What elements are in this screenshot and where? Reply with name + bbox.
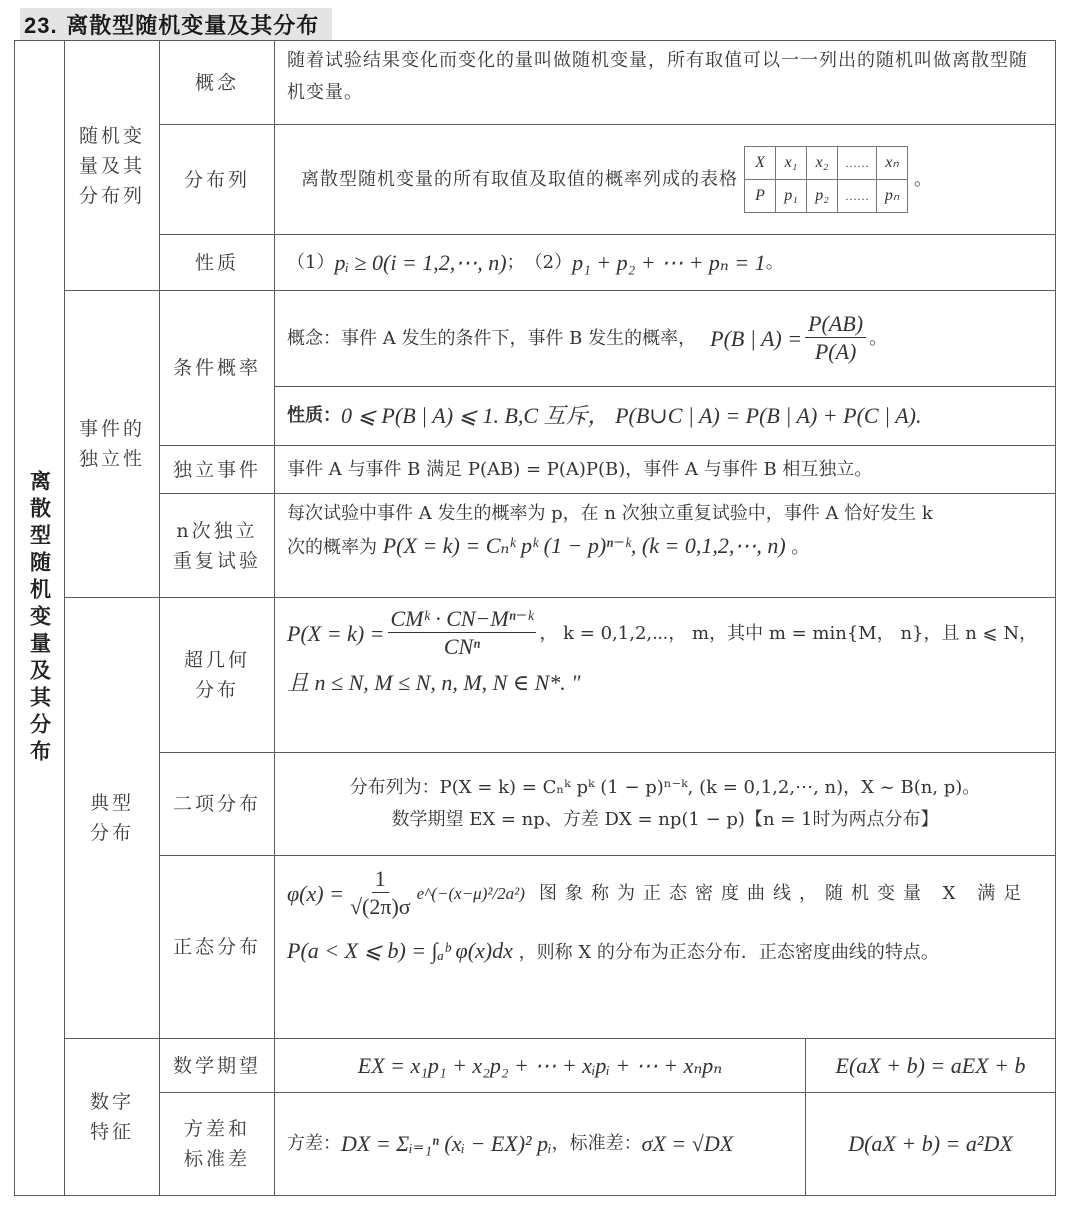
content-text: ，则称 X 的分布为正态分布．正态密度曲线的特点。 — [519, 942, 939, 963]
topic-concept: 概念 — [159, 40, 275, 125]
content-line: P(a < X ⩽ b) = ∫ₐᵇ φ(x)dx ，则称 X 的分布为正态分布… — [287, 935, 1029, 969]
topic-label: 正态分布 — [173, 932, 261, 962]
section-name-line: 数字 — [90, 1087, 134, 1117]
topic-label: 独立事件 — [173, 455, 261, 485]
formula: p₁ + p₂ + ⋯ + pₙ = 1 — [572, 247, 766, 279]
topic-conditional-probability: 条件概率 — [159, 290, 275, 446]
content-line: P(X = k) = CMᵏ · CN−Mⁿ⁻ᵏ CNⁿ ， k = 0,1,2… — [287, 606, 1037, 661]
topic-label-line: n次独立 — [173, 516, 261, 546]
topic-properties: 性质 — [159, 234, 275, 291]
content-expectation-linear: E(aX + b) = aEX + b — [805, 1038, 1056, 1093]
content-line: 数学期望 EX = np、方差 DX = np(1 − p)【n = 1时为两点… — [350, 804, 981, 836]
dist-cell: x₂ — [807, 147, 838, 180]
content-line: 每次试验中事件 A 发生的概率为 p，在 n 次独立重复试验中，事件 A 恰好发… — [287, 498, 933, 530]
page-title: 23. 离散型随机变量及其分布 — [24, 9, 319, 40]
content-expectation: EX = x₁p₁ + x₂p₂ + ⋯ + xᵢpᵢ + ⋯ + xₙpₙ — [274, 1038, 806, 1093]
dist-cell: …… — [838, 180, 877, 213]
topic-expectation: 数学期望 — [159, 1038, 275, 1093]
dist-cell: P — [745, 180, 776, 213]
topic-binomial: 二项分布 — [159, 752, 275, 856]
formula: σX = √DX — [642, 1128, 734, 1160]
topic-label-line: 方差和 — [184, 1114, 250, 1144]
distribution-table: X x₁ x₂ …… xₙ P p₁ p₂ …… pₙ — [744, 146, 908, 213]
content-normal: φ(x) = 1 √(2π)σ e^(−(x−μ)²/2a²) 图象称为正态密度… — [274, 855, 1056, 1039]
content-conditional-property: 性质： 0 ⩽ P(B | A) ⩽ 1. B,C 互斥， P(B∪C | A)… — [274, 386, 1056, 446]
section-name-line: 事件的 — [79, 414, 145, 444]
formula: P(B | A) = — [710, 323, 802, 355]
topic-label: 概念 — [195, 68, 239, 98]
denominator: P(A) — [812, 338, 860, 366]
numerator: 1 — [372, 866, 389, 893]
punctuation: 。 — [869, 323, 887, 355]
section-name-line: 典型 — [90, 788, 134, 818]
content-line: 分布列为：P(X = k) = Cₙᵏ pᵏ (1 − p)ⁿ⁻ᵏ, (k = … — [350, 772, 981, 804]
dist-cell: pₙ — [877, 180, 908, 213]
section-typical-distributions: 典型 分布 — [64, 597, 160, 1039]
formula: P(X = k) = Cₙᵏ pᵏ (1 − p)ⁿ⁻ᵏ, (k = 0,1,2… — [383, 533, 786, 558]
item-label: （1） — [287, 247, 334, 279]
content-distribution-list: 离散型随机变量的所有取值及取值的概率列成的表格 X x₁ x₂ …… xₙ P … — [274, 124, 1056, 235]
main-category-label: 离散型随机变量及其分布 — [25, 470, 55, 767]
formula: 0 ⩽ P(B | A) ⩽ 1. B,C 互斥， P(B∪C | A) = P… — [341, 400, 922, 432]
content-text: 概念：事件 A 发生的条件下，事件 B 发生的概率， — [287, 323, 696, 355]
content-independent-events: 事件 A 与事件 B 满足 P(AB) = P(A)P(B)，事件 A 与事件 … — [274, 445, 1056, 494]
dist-cell: x₁ — [776, 147, 807, 180]
topic-distribution-list: 分布列 — [159, 124, 275, 235]
distribution-table-row-x: X x₁ x₂ …… xₙ — [745, 147, 908, 180]
content-text: ， k = 0,1,2,⋯， m，其中 m = min{M， n}，且 n ⩽ … — [539, 618, 1037, 650]
denominator: √(2π)σ — [347, 893, 414, 921]
property-label: 性质： — [287, 400, 341, 432]
topic-label: 数学期望 — [173, 1051, 261, 1081]
section-numeric-features: 数字 特征 — [64, 1038, 160, 1196]
section-independence: 事件的 独立性 — [64, 290, 160, 598]
content-text: 图象称为正态密度曲线，随机变量 X 满足 — [539, 878, 1029, 910]
item-label: （2） — [525, 247, 572, 279]
formula: DX = Σᵢ₌₁ⁿ (xᵢ − EX)² pᵢ — [341, 1128, 552, 1160]
topic-label: 性质 — [195, 248, 239, 278]
formula: P(X = k) = — [287, 618, 385, 650]
topic-label: 分布列 — [184, 165, 250, 195]
dist-cell: X — [745, 147, 776, 180]
content-line: 且 n ≤ N, M ≤ N, n, M, N ∈ N*. " — [287, 667, 1037, 699]
section-name-line: 分布列 — [79, 181, 145, 211]
content-conditional-concept: 概念：事件 A 发生的条件下，事件 B 发生的概率， P(B | A) = P(… — [274, 290, 1056, 387]
content-text: 。 — [914, 164, 932, 196]
section-name-line: 特征 — [90, 1117, 134, 1147]
topic-label: 条件概率 — [173, 353, 261, 383]
content-concept: 随着试验结果变化而变化的量叫做随机变量，所有取值可以一一列出的随机叫做离散型随机… — [274, 40, 1056, 125]
separator: ； — [507, 247, 525, 279]
topic-independent-events: 独立事件 — [159, 445, 275, 494]
section-name-line: 分布 — [90, 818, 134, 848]
formula: D(aX + b) = a²DX — [848, 1128, 1013, 1160]
content-variance-linear: D(aX + b) = a²DX — [805, 1092, 1056, 1196]
formula: EX = x₁p₁ + x₂p₂ + ⋯ + xᵢpᵢ + ⋯ + xₙpₙ — [358, 1050, 722, 1082]
dist-cell: xₙ — [877, 147, 908, 180]
topic-label-line: 重复试验 — [173, 546, 261, 576]
topic-label: 二项分布 — [173, 789, 261, 819]
dist-cell: p₂ — [807, 180, 838, 213]
topic-normal: 正态分布 — [159, 855, 275, 1039]
section-name-line: 随机变 — [79, 121, 145, 151]
fraction: P(AB) P(A) — [805, 311, 866, 366]
content-text: ，标准差： — [552, 1128, 642, 1160]
content-line: 次的概率为 P(X = k) = Cₙᵏ pᵏ (1 − p)ⁿ⁻ᵏ, (k =… — [287, 530, 933, 564]
content-text: 事件 A 与事件 B 满足 P(AB) = P(A)P(B)，事件 A 与事件 … — [287, 454, 872, 486]
content-line: φ(x) = 1 √(2π)σ e^(−(x−μ)²/2a²) 图象称为正态密度… — [287, 866, 1029, 921]
content-text: 随着试验结果变化而变化的量叫做随机变量，所有取值可以一一列出的随机叫做离散型随机… — [287, 45, 1043, 109]
content-text: 方差： — [287, 1128, 341, 1160]
denominator: CNⁿ — [441, 633, 483, 661]
content-text: 离散型随机变量的所有取值及取值的概率列成的表格 — [301, 164, 738, 196]
fraction: 1 √(2π)σ — [347, 866, 414, 921]
section-name-line: 独立性 — [79, 444, 145, 474]
main-category-cell: 离散型随机变量及其分布 — [14, 40, 65, 1196]
numerator: P(AB) — [805, 311, 866, 338]
content-bernoulli: 每次试验中事件 A 发生的概率为 p，在 n 次独立重复试验中，事件 A 恰好发… — [274, 493, 1056, 598]
fraction: CMᵏ · CN−Mⁿ⁻ᵏ CNⁿ — [388, 606, 537, 661]
section-name-line: 量及其 — [79, 151, 145, 181]
numerator: CMᵏ · CN−Mⁿ⁻ᵏ — [388, 606, 537, 633]
dist-cell: …… — [838, 147, 877, 180]
content-properties: （1） pᵢ ≥ 0(i = 1,2,⋯, n) ； （2） p₁ + p₂ +… — [274, 234, 1056, 291]
section-title: 离散型随机变量及其分布 — [66, 14, 319, 39]
distribution-table-row-p: P p₁ p₂ …… pₙ — [745, 180, 908, 213]
content-variance: 方差： DX = Σᵢ₌₁ⁿ (xᵢ − EX)² pᵢ ，标准差： σX = … — [274, 1092, 806, 1196]
content-text: 次的概率为 — [287, 537, 377, 558]
topic-label-line: 标准差 — [184, 1144, 250, 1174]
content-binomial: 分布列为：P(X = k) = Cₙᵏ pᵏ (1 − p)ⁿ⁻ᵏ, (k = … — [274, 752, 1056, 856]
topic-label-line: 超几何 — [184, 645, 250, 675]
content-hypergeometric: P(X = k) = CMᵏ · CN−Mⁿ⁻ᵏ CNⁿ ， k = 0,1,2… — [274, 597, 1056, 753]
topic-bernoulli-trials: n次独立 重复试验 — [159, 493, 275, 598]
punctuation: 。 — [766, 247, 784, 279]
formula: pᵢ ≥ 0(i = 1,2,⋯, n) — [334, 247, 506, 279]
formula: P(a < X ⩽ b) = ∫ₐᵇ φ(x)dx — [287, 938, 513, 963]
punctuation: 。 — [791, 537, 809, 558]
formula: φ(x) = — [287, 878, 344, 910]
formula: E(aX + b) = aEX + b — [836, 1050, 1026, 1082]
exponent: e^(−(x−μ)²/2a²) — [417, 878, 525, 910]
topic-label-line: 分布 — [184, 675, 250, 705]
section-number: 23. — [24, 13, 58, 38]
topic-hypergeometric: 超几何 分布 — [159, 597, 275, 753]
topic-variance: 方差和 标准差 — [159, 1092, 275, 1196]
dist-cell: p₁ — [776, 180, 807, 213]
section-random-variable: 随机变 量及其 分布列 — [64, 40, 160, 291]
